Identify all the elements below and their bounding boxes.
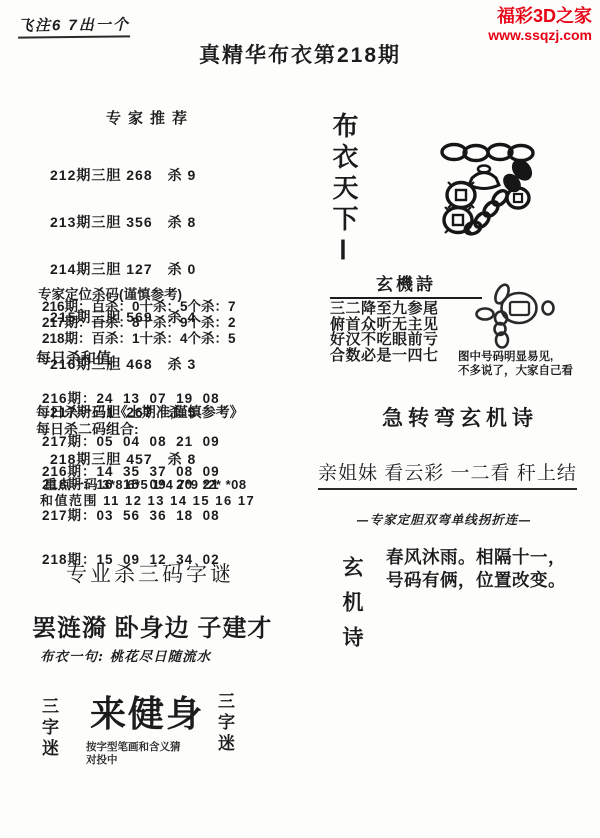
buyi-lottery-sheet: 飞注6 7出一个 福彩3D之家 www.ssqzj.com 真精华布衣第218期… xyxy=(0,0,600,838)
position-kill-row: 216期：百杀：0十杀：5个杀：7 xyxy=(42,299,236,315)
expert-recommend-title: 专家推荐 xyxy=(60,107,240,128)
three-char-riddle-label-left: 三字迷 xyxy=(36,697,61,760)
number-doodle-drawing xyxy=(455,266,575,358)
buyi-sentence: 布衣一句: 桃花尽日随流水 xyxy=(40,645,211,665)
doodle-caption: 图中号码明显易见, 不多说了，大家自己看 xyxy=(458,350,573,378)
buyi-tianxia-vertical-banner: 布衣天下Ⅰ xyxy=(326,112,363,272)
page-title: 真精华布衣第218期 xyxy=(0,39,600,69)
poem2-line2: 号码有俩，位置改变。 xyxy=(386,569,566,592)
coins-drawing xyxy=(425,128,595,248)
kill-three-codes-title: 专业杀三码字谜 xyxy=(40,558,260,588)
doodle-caption-line2: 不多说了，大家自己看 xyxy=(458,364,573,378)
sum-range-line: 和值范围 11 12 13 14 15 16 17 xyxy=(40,490,255,509)
poem2-line1: 春风沐雨。相隔十一， xyxy=(386,546,566,569)
doodle-caption-line1: 图中号码明显易见, xyxy=(458,350,573,364)
riddle-hint-line1: 按字型笔画和含义猜 xyxy=(86,741,181,754)
sharp-turn-poem-title: 急转弯玄机诗 xyxy=(340,402,580,432)
three-char-riddle-label-right: 三字迷 xyxy=(212,692,237,755)
sharp-turn-poem-line: 亲姐妹 看云彩 一二看 秆上结 xyxy=(318,458,577,490)
kill-pair-row: 217期：03 56 36 18 08 xyxy=(42,509,220,524)
site-branding: 福彩3D之家 www.ssqzj.com xyxy=(488,6,592,43)
recommend-row: 213期三胆 356 杀 8 xyxy=(50,215,196,231)
riddle-hint-line2: 对投中 xyxy=(86,754,181,767)
position-kill-row: 218期：百杀：1十杀：4个杀：5 xyxy=(42,331,236,347)
handwritten-note: 飞注6 7出一个 xyxy=(18,13,130,38)
recommend-row: 212期三胆 268 杀 9 xyxy=(50,168,196,184)
expert-dan-divider-line: —专家定胆双弯单线拐折连— xyxy=(316,510,572,528)
position-kill-row: 217期：百杀：8十杀：9个杀：2 xyxy=(42,315,236,331)
position-kill-table: 216期：百杀：0十杀：5个杀：7 217期：百杀：8十杀：9个杀：2 218期… xyxy=(42,299,236,348)
riddle-hint-note: 按字型笔画和含义猜 对投中 xyxy=(86,741,181,767)
mystery-poem2-vertical-label: 玄机诗 xyxy=(336,556,366,686)
site-name: 福彩3D之家 xyxy=(488,6,592,27)
three-char-riddle-answer: 来健身 xyxy=(90,686,204,737)
recommend-row: 214期三胆 127 杀 0 xyxy=(50,262,196,278)
mystery-poem2-text: 春风沐雨。相隔十一， 号码有俩，位置改变。 xyxy=(386,546,566,592)
kill-three-codes-riddle: 罢涟漪 卧身边 子建才 xyxy=(32,608,272,643)
